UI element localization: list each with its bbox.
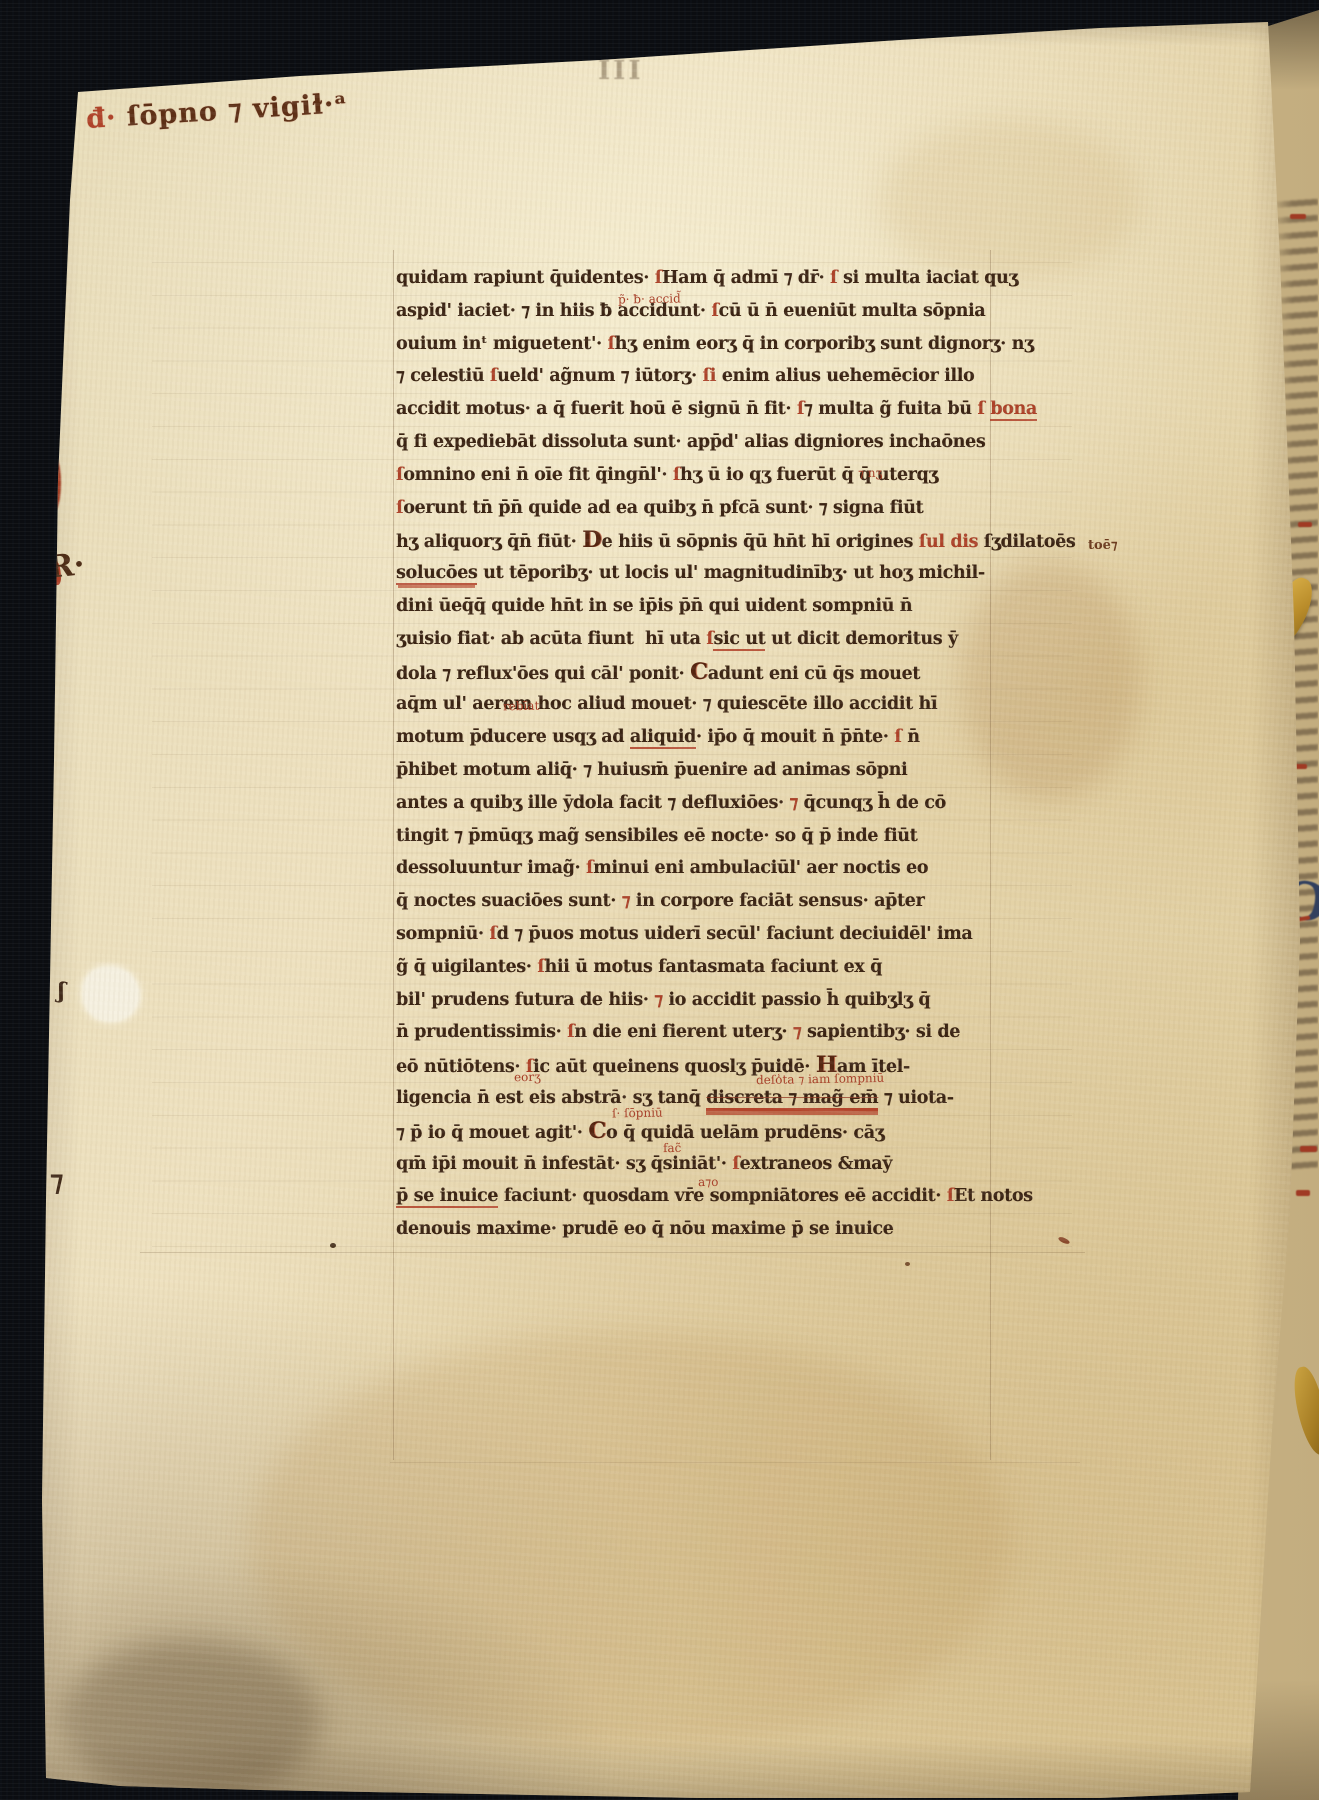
parchment-stain — [250, 1330, 1010, 1750]
ruling-horizontal — [140, 1252, 1085, 1253]
text-line-6: q̄ fi expediebāt dissoluta sunt· app̄d' … — [396, 426, 1036, 459]
text-line-2: aspid' iaciet· ⁊ in hiis ƀ accidunt· ſcū… — [396, 295, 1036, 328]
interlinear-gloss-6: ſ· ſōpniū — [612, 1106, 663, 1121]
text-line-7: ſomnino eni n̄ oīe fit q̄ingn̄l'· ſhʒ ū … — [396, 459, 1036, 492]
text-line-12: ʒuisio fiat· ab acūta fiunt hī uta ſsic … — [396, 623, 1036, 656]
parchment-repair-patch — [82, 966, 140, 1022]
text-line-30: denouis maxime· prudē eo q̄ nōu maxime p… — [396, 1213, 1036, 1246]
header-title-prefix: đ· — [85, 102, 117, 135]
text-line-10: solucōes ut tēporibʒ· ut locis ul' magni… — [396, 557, 1036, 590]
text-line-20: q̄ noctes suaciōes sunt· ⁊ in corpore fa… — [396, 885, 1036, 918]
text-line-24: n̄ prudentissimis· ſn die eni fierent ut… — [396, 1016, 1036, 1049]
interlinear-gloss-4: eorʒ — [514, 1070, 541, 1084]
margin-tick: ʃ — [56, 978, 67, 1005]
text-line-15: motum p̄ducere usqʒ ad aliquid· ip̄o q̄ … — [396, 721, 1036, 754]
text-line-23: bil' prudens futura de hiis· ⁊ io accidi… — [396, 984, 1036, 1017]
text-line-19: dessoluuntur imag̃· ſminui eni ambulaciū… — [396, 852, 1036, 885]
header-title-annotation: đ· ſōpno ⁊ vigiɫ·ᵃ — [85, 88, 349, 135]
interlinear-gloss-2: ⁊ nʒ — [858, 466, 883, 480]
interlinear-gloss-1: p̃· ƀ· accid̃ — [618, 291, 681, 306]
text-line-22: g̃ q̄ uigilantes· ſhii ū motus fantasmat… — [396, 951, 1036, 984]
interlinear-gloss-5: deſo̾ta ⁊ iam ſompniū — [756, 1071, 884, 1087]
folio-mark: III — [598, 56, 644, 86]
text-line-21: sompniū· ſd ⁊ p̄uos motus uiderī secūl' … — [396, 918, 1036, 951]
manuscript-page: đ· ſōpno ⁊ vigiɫ·ᵃ III quidam rapiunt q̄… — [0, 0, 1319, 1800]
text-block: quidam rapiunt q̄uidentes· ſHam q̄ admī … — [396, 262, 1036, 1246]
text-line-16: p̄hibet motum aliq̄· ⁊ huiusm̄ p̄uenire … — [396, 754, 1036, 787]
text-line-4: ⁊ celestiū ſueld' ag̃num ⁊ iūtorʒ· ſi en… — [396, 360, 1036, 393]
parchment-stain — [880, 120, 1140, 280]
text-line-5: accidit motus· a q̄ fuerit hoū ē signū n… — [396, 393, 1036, 426]
text-line-26: ligencia n̄ est eis abstrā· sʒ tanq̄ dis… — [396, 1082, 1036, 1115]
text-line-9: hʒ aliquorʒ q̄n̄ fiūt· De hiis ū sōpnis … — [396, 524, 1036, 557]
interlinear-gloss-7: fac̃ — [663, 1141, 682, 1155]
header-title-text: ſōpno ⁊ vigiɫ·ᵃ — [116, 88, 349, 133]
ink-speck — [905, 1262, 910, 1266]
margin-right-note: toē⁊ — [1088, 538, 1117, 553]
margin-bottom-mark: ⁊ — [50, 1166, 63, 1197]
text-line-3: ouium inᵗ miguetent'· ſhʒ enim eorʒ q̄ i… — [396, 328, 1036, 361]
text-line-13: dola ⁊ reflux'ōes qui cāl' ponit· Cadunt… — [396, 656, 1036, 689]
text-line-27: ⁊ p̄ io q̄ mouet agit'· Co q̄ quidā uelā… — [396, 1115, 1036, 1148]
text-line-8: ſoerunt tn̄ p̄n̄ quide ad ea quibʒ n̄ pf… — [396, 492, 1036, 525]
text-line-25: eō nūtiōtens· ſic aūt queinens quoslʒ p̄… — [396, 1049, 1036, 1082]
interlinear-gloss-3: rebīat — [503, 699, 540, 714]
text-line-17: antes a quibʒ ille ȳdola facit ⁊ defluxi… — [396, 787, 1036, 820]
text-line-1: quidam rapiunt q̄uidentes· ſHam q̄ admī … — [396, 262, 1036, 295]
text-line-11: dini ūeq̄q̄ quide hn̄t in se ip̄is p̄n̄ … — [396, 590, 1036, 623]
text-line-14: aq̄m ul' aerem hoc aliud mouet· ⁊ quiesc… — [396, 688, 1036, 721]
manuscript-photo: Ɔ đ· ſōpno ⁊ vigiɫ·ᵃ III quidam rapiunt … — [0, 0, 1319, 1800]
margin-red-mark — [44, 452, 61, 514]
ruling-vertical-left — [393, 250, 394, 1460]
text-line-18: tingit ⁊ p̄mūqʒ mag̃ sensibiles eē nocte… — [396, 820, 1036, 853]
corner-shadow — [60, 1640, 320, 1800]
interlinear-gloss-8: a⁊o — [698, 1175, 719, 1189]
margin-glyph: R· — [46, 546, 86, 586]
ruling-horizontal — [390, 1462, 1080, 1463]
